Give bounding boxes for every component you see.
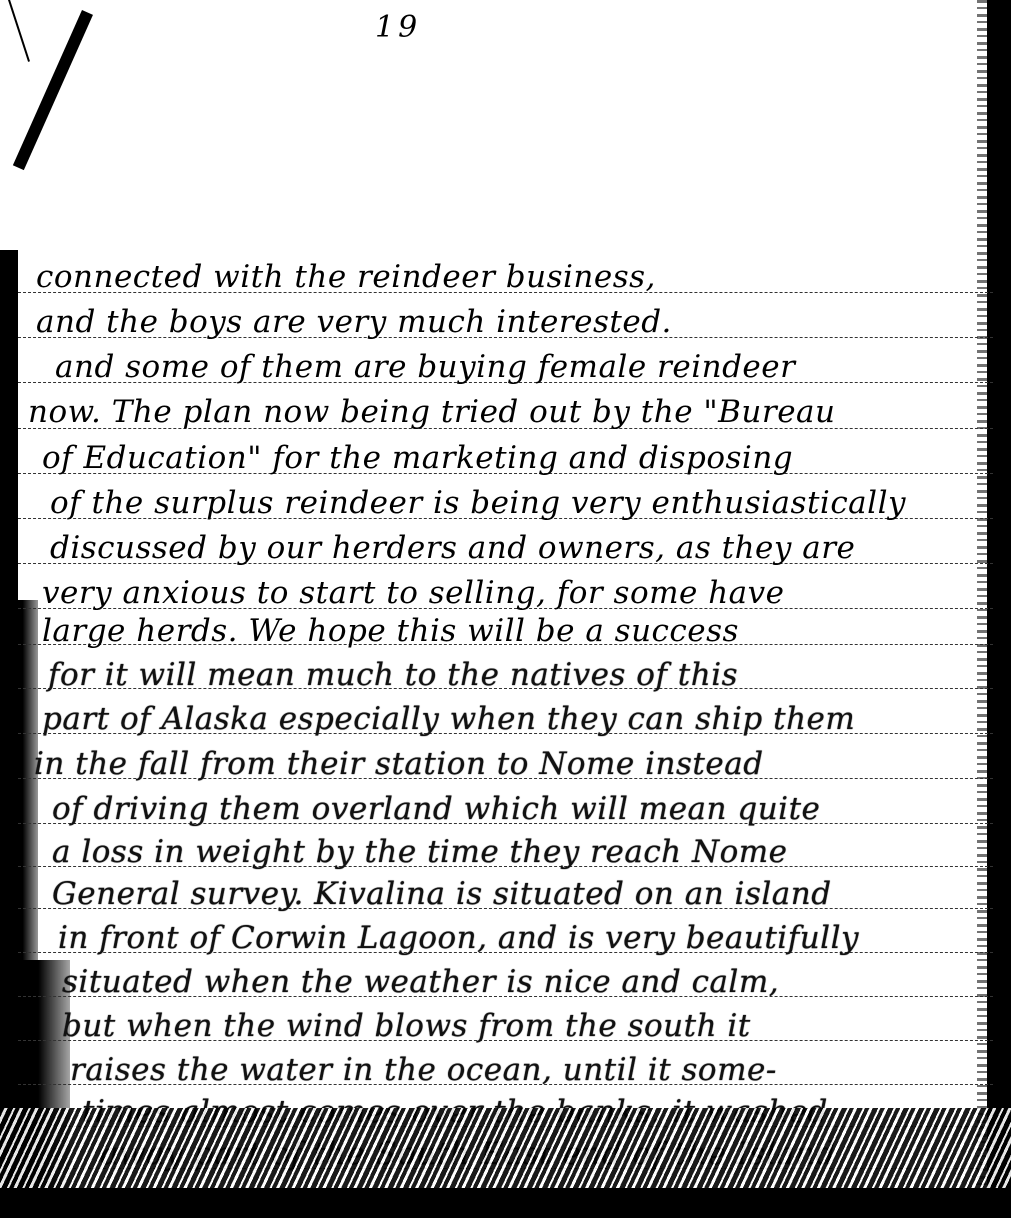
- text-line: and the boys are very much interested.: [36, 307, 672, 338]
- text-line: and some of them are buying female reind…: [55, 352, 795, 383]
- scanned-letter-page: 19 connected with the reindeer business,…: [0, 0, 1011, 1218]
- fold-crease: [13, 10, 93, 170]
- binding-edge: [987, 0, 1011, 1218]
- text-line: part of Alaska especially when they can …: [42, 704, 855, 735]
- text-line: of Education" for the marketing and disp…: [42, 443, 793, 474]
- text-line: very anxious to start to selling, for so…: [42, 578, 785, 609]
- text-line: General survey. Kivalina is situated on …: [52, 879, 832, 910]
- text-line: discussed by our herders and owners, as …: [50, 533, 855, 564]
- fold-crease-thin: [8, 0, 30, 62]
- text-line: large herds. We hope this will be a succ…: [42, 616, 739, 647]
- bottom-edge-shadow: [0, 1188, 1011, 1218]
- text-line: now. The plan now being tried out by the…: [28, 397, 836, 428]
- text-line: in the fall from their station to Nome i…: [34, 749, 764, 780]
- text-line: of driving them overland which will mean…: [52, 794, 820, 825]
- text-line: a loss in weight by the time they reach …: [52, 837, 788, 868]
- text-line: connected with the reindeer business,: [36, 262, 656, 293]
- text-line: in front of Corwin Lagoon, and is very b…: [58, 923, 859, 954]
- text-line: for it will mean much to the natives of …: [48, 660, 738, 691]
- text-line: situated when the weather is nice and ca…: [62, 967, 779, 998]
- page-number: 19: [375, 10, 421, 45]
- text-line: of the surplus reindeer is being very en…: [50, 488, 906, 519]
- text-line: raises the water in the ocean, until it …: [70, 1055, 777, 1086]
- text-line: but when the wind blows from the south i…: [62, 1011, 751, 1042]
